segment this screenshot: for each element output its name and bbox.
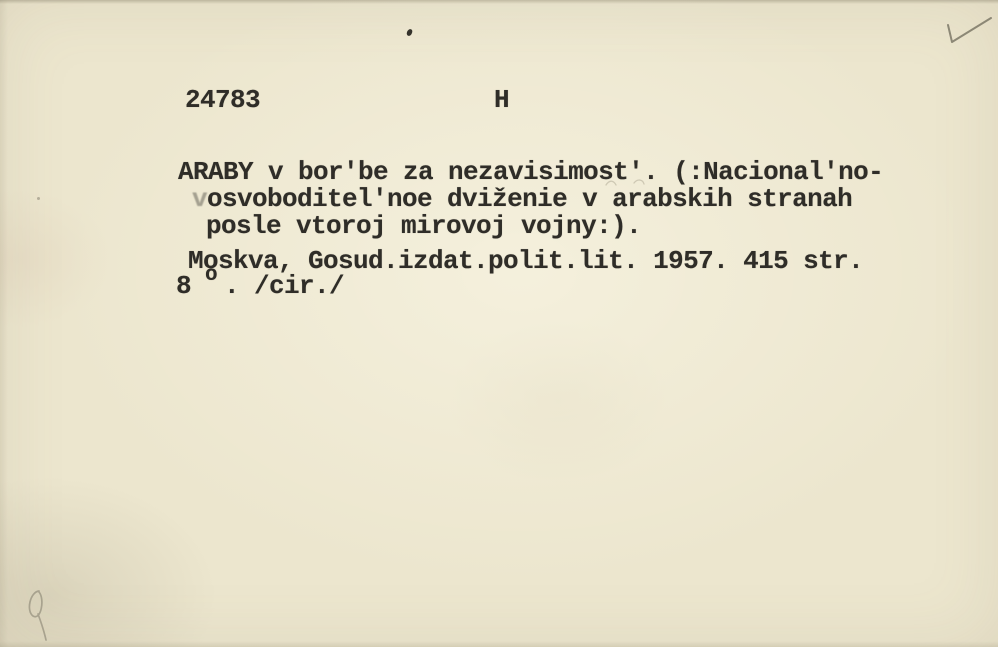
format-rest: . /cir./ — [224, 271, 344, 301]
format-number: 8 — [176, 271, 191, 301]
format-line: 8o. /cir./ — [176, 273, 344, 299]
title-line-2-text: osvoboditel'noe dviženie v arabskih stra… — [207, 184, 852, 214]
title-line-2-faint-char: v — [192, 184, 207, 214]
catalog-card: 24783 H ARABY v bor'be za nezavisimost'.… — [0, 0, 998, 647]
title-line-2: vosvoboditel'noe dviženie v arabskih str… — [192, 186, 852, 212]
pencil-scribble-icon — [600, 175, 670, 191]
title-line-1: ARABY v bor'be za nezavisimost'. (:Nacio… — [178, 159, 883, 185]
section-letter: H — [494, 87, 509, 113]
pencil-check-mark-icon — [938, 10, 998, 52]
ink-speck — [406, 28, 413, 36]
dust-speck — [37, 197, 40, 200]
format-superscript-o: o — [205, 265, 217, 286]
catalog-number: 24783 — [185, 87, 260, 113]
pencil-numeral-9-icon — [14, 583, 66, 645]
title-line-3: posle vtoroj mirovoj vojny:). — [206, 213, 641, 239]
